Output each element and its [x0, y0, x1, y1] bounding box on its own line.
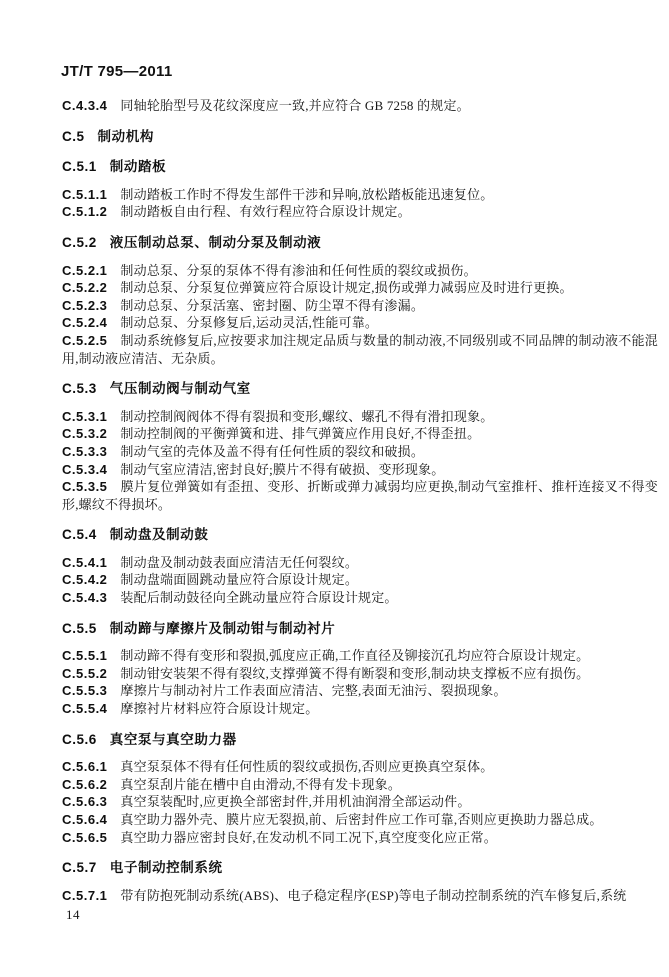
clause: C.5.5.1制动蹄不得有变形和裂损,弧度应正确,工作直径及铆接沉孔均应符合原设…: [62, 647, 658, 665]
clause-text: 制动蹄不得有变形和裂损,弧度应正确,工作直径及铆接沉孔均应符合原设计规定。: [120, 648, 589, 663]
clause-number: C.5.6.1: [62, 759, 120, 774]
clause-number: C.5.3.4: [62, 462, 120, 477]
clause-text: 真空助力器应密封良好,在发动机不同工况下,真空度变化应正常。: [120, 830, 497, 845]
clause: C.5.2.3制动总泵、分泵活塞、密封圈、防尘罩不得有渗漏。: [62, 297, 658, 315]
section-heading: C.5.6真空泵与真空助力器: [62, 731, 658, 749]
clause-text: 制动钳安装架不得有裂纹,支撑弹簧不得有断裂和变形,制动块支撑板不应有损伤。: [120, 666, 589, 681]
section-heading-text: 制动机构: [98, 129, 154, 144]
clause: C.5.1.1制动踏板工作时不得发生部件干涉和异响,放松踏板能迅速复位。: [62, 186, 658, 204]
clause-number: C.5.6.2: [62, 777, 120, 792]
clause: C.5.3.2制动控制阀的平衡弹簧和进、排气弹簧应作用良好,不得歪扭。: [62, 425, 658, 443]
clause-text: 装配后制动鼓径向全跳动量应符合原设计规定。: [120, 590, 397, 605]
clause: C.5.3.1制动控制阀阀体不得有裂损和变形,螺纹、螺孔不得有滑扣现象。: [62, 408, 658, 426]
clause-text: 制动系统修复后,应按要求加注规定品质与数量的制动液,不同级别或不同品牌的制动液不…: [62, 333, 658, 366]
clause: C.4.3.4同轴轮胎型号及花纹深度应一致,并应符合 GB 7258 的规定。: [62, 97, 658, 115]
clause-text: 制动控制阀阀体不得有裂损和变形,螺纹、螺孔不得有滑扣现象。: [120, 409, 493, 424]
clause-text: 制动总泵、分泵的泵体不得有渗油和任何性质的裂纹或损伤。: [120, 263, 476, 278]
clause-number: C.5.1.1: [62, 187, 120, 202]
clause: C.5.3.3制动气室的壳体及盖不得有任何性质的裂纹和破损。: [62, 443, 658, 461]
clause-text: 制动控制阀的平衡弹簧和进、排气弹簧应作用良好,不得歪扭。: [120, 426, 480, 441]
page-number: 14: [66, 907, 658, 923]
section-heading-number: C.5.2: [62, 235, 110, 250]
clause: C.5.2.2制动总泵、分泵复位弹簧应符合原设计规定,损伤或弹力减弱应及时进行更…: [62, 279, 658, 297]
clause-number: C.5.4.1: [62, 555, 120, 570]
section-heading: C.5制动机构: [62, 128, 658, 146]
clause-text: 制动踏板工作时不得发生部件干涉和异响,放松踏板能迅速复位。: [120, 187, 493, 202]
clause-number: C.5.4.2: [62, 572, 120, 587]
section-heading: C.5.1制动踏板: [62, 158, 658, 176]
section-heading-text: 制动蹄与摩擦片及制动钳与制动衬片: [110, 621, 336, 636]
clause-number: C.5.7.1: [62, 888, 120, 903]
clause: C.5.5.3摩擦片与制动衬片工作表面应清洁、完整,表面无油污、裂损现象。: [62, 682, 658, 700]
clause-text: 同轴轮胎型号及花纹深度应一致,并应符合 GB 7258 的规定。: [120, 98, 469, 113]
section-heading-text: 制动踏板: [110, 159, 166, 174]
section-heading-text: 电子制动控制系统: [110, 860, 223, 875]
clause: C.5.5.2制动钳安装架不得有裂纹,支撑弹簧不得有断裂和变形,制动块支撑板不应…: [62, 665, 658, 683]
clause-number: C.5.1.2: [62, 204, 120, 219]
clause-text: 制动总泵、分泵复位弹簧应符合原设计规定,损伤或弹力减弱应及时进行更换。: [120, 280, 572, 295]
clause-number: C.5.2.3: [62, 298, 120, 313]
section-heading: C.5.2液压制动总泵、制动分泵及制动液: [62, 234, 658, 252]
section-heading-text: 液压制动总泵、制动分泵及制动液: [110, 235, 322, 250]
clause-number: C.5.6.4: [62, 812, 120, 827]
clause: C.5.6.3真空泵装配时,应更换全部密封件,并用机油润滑全部运动件。: [62, 793, 658, 811]
clause-number: C.5.5.1: [62, 648, 120, 663]
clause-text: 制动气室的壳体及盖不得有任何性质的裂纹和破损。: [120, 444, 424, 459]
clause-number: C.4.3.4: [62, 98, 120, 113]
clause-number: C.5.4.3: [62, 590, 120, 605]
clause-number: C.5.5.2: [62, 666, 120, 681]
clause: C.5.5.4摩擦衬片材料应符合原设计规定。: [62, 700, 658, 718]
clause: C.5.2.5制动系统修复后,应按要求加注规定品质与数量的制动液,不同级别或不同…: [62, 332, 658, 367]
clause-text: 制动盘端面圆跳动量应符合原设计规定。: [120, 572, 358, 587]
clause-text: 制动总泵、分泵修复后,运动灵活,性能可靠。: [120, 315, 378, 330]
clause: C.5.2.1制动总泵、分泵的泵体不得有渗油和任何性质的裂纹或损伤。: [62, 262, 658, 280]
clause-text: 真空泵装配时,应更换全部密封件,并用机油润滑全部运动件。: [120, 794, 470, 809]
clause: C.5.3.5膜片复位弹簧如有歪扭、变形、折断或弹力减弱均应更换,制动气室推杆、…: [62, 478, 658, 513]
section-heading: C.5.5制动蹄与摩擦片及制动钳与制动衬片: [62, 620, 658, 638]
clause-number: C.5.3.1: [62, 409, 120, 424]
clause-text: 摩擦片与制动衬片工作表面应清洁、完整,表面无油污、裂损现象。: [120, 683, 506, 698]
clause-text: 真空泵刮片能在槽中自由滑动,不得有发卡现象。: [120, 777, 401, 792]
clause-text: 制动踏板自由行程、有效行程应符合原设计规定。: [120, 204, 410, 219]
clause-text: 制动盘及制动鼓表面应清洁无任何裂纹。: [120, 555, 358, 570]
section-heading: C.5.4制动盘及制动鼓: [62, 526, 658, 544]
clause: C.5.2.4制动总泵、分泵修复后,运动灵活,性能可靠。: [62, 314, 658, 332]
clause-text: 真空助力器外壳、膜片应无裂损,前、后密封件应工作可靠,否则应更换助力器总成。: [120, 812, 602, 827]
clause-number: C.5.2.1: [62, 263, 120, 278]
doc-page: JT/T 795—2011 C.4.3.4同轴轮胎型号及花纹深度应一致,并应符合…: [0, 0, 669, 977]
clause-text: 真空泵泵体不得有任何性质的裂纹或损伤,否则应更换真空泵体。: [120, 759, 493, 774]
clause: C.5.7.1带有防抱死制动系统(ABS)、电子稳定程序(ESP)等电子制动控制…: [62, 887, 658, 905]
section-heading: C.5.7电子制动控制系统: [62, 859, 658, 877]
clause-number: C.5.2.5: [62, 333, 120, 348]
section-heading-number: C.5.3: [62, 381, 110, 396]
section-heading-number: C.5: [62, 129, 98, 144]
clause-number: C.5.6.5: [62, 830, 120, 845]
section-heading-number: C.5.7: [62, 860, 110, 875]
clause: C.5.6.4真空助力器外壳、膜片应无裂损,前、后密封件应工作可靠,否则应更换助…: [62, 811, 658, 829]
section-heading-number: C.5.1: [62, 159, 110, 174]
doc-body: C.4.3.4同轴轮胎型号及花纹深度应一致,并应符合 GB 7258 的规定。 …: [62, 97, 658, 923]
clause: C.5.6.2真空泵刮片能在槽中自由滑动,不得有发卡现象。: [62, 776, 658, 794]
clause: C.5.4.1制动盘及制动鼓表面应清洁无任何裂纹。: [62, 554, 658, 572]
clause-text: 制动气室应清洁,密封良好;膜片不得有破损、变形现象。: [120, 462, 444, 477]
clause: C.5.6.5真空助力器应密封良好,在发动机不同工况下,真空度变化应正常。: [62, 829, 658, 847]
clause-number: C.5.3.5: [62, 479, 120, 494]
clause: C.5.1.2制动踏板自由行程、有效行程应符合原设计规定。: [62, 203, 658, 221]
clause-text: 带有防抱死制动系统(ABS)、电子稳定程序(ESP)等电子制动控制系统的汽车修复…: [120, 888, 626, 903]
clause-number: C.5.2.4: [62, 315, 120, 330]
clause-number: C.5.2.2: [62, 280, 120, 295]
clause-number: C.5.5.4: [62, 701, 120, 716]
clause-number: C.5.6.3: [62, 794, 120, 809]
clause-text: 摩擦衬片材料应符合原设计规定。: [120, 701, 318, 716]
clause-text: 制动总泵、分泵活塞、密封圈、防尘罩不得有渗漏。: [120, 298, 424, 313]
clause: C.5.4.2制动盘端面圆跳动量应符合原设计规定。: [62, 571, 658, 589]
clause: C.5.3.4制动气室应清洁,密封良好;膜片不得有破损、变形现象。: [62, 461, 658, 479]
section-heading-number: C.5.5: [62, 621, 110, 636]
standard-number-header: JT/T 795—2011: [61, 63, 172, 80]
clause-number: C.5.3.2: [62, 426, 120, 441]
section-heading-number: C.5.4: [62, 527, 110, 542]
section-heading-number: C.5.6: [62, 732, 110, 747]
clause-number: C.5.5.3: [62, 683, 120, 698]
clause-number: C.5.3.3: [62, 444, 120, 459]
section-heading-text: 制动盘及制动鼓: [110, 527, 209, 542]
clause: C.5.6.1真空泵泵体不得有任何性质的裂纹或损伤,否则应更换真空泵体。: [62, 758, 658, 776]
section-heading-text: 气压制动阀与制动气室: [110, 381, 251, 396]
clause-text: 膜片复位弹簧如有歪扭、变形、折断或弹力减弱均应更换,制动气室推杆、推杆连接叉不得…: [62, 479, 658, 512]
section-heading: C.5.3气压制动阀与制动气室: [62, 380, 658, 398]
section-heading-text: 真空泵与真空助力器: [110, 732, 237, 747]
clause: C.5.4.3装配后制动鼓径向全跳动量应符合原设计规定。: [62, 589, 658, 607]
